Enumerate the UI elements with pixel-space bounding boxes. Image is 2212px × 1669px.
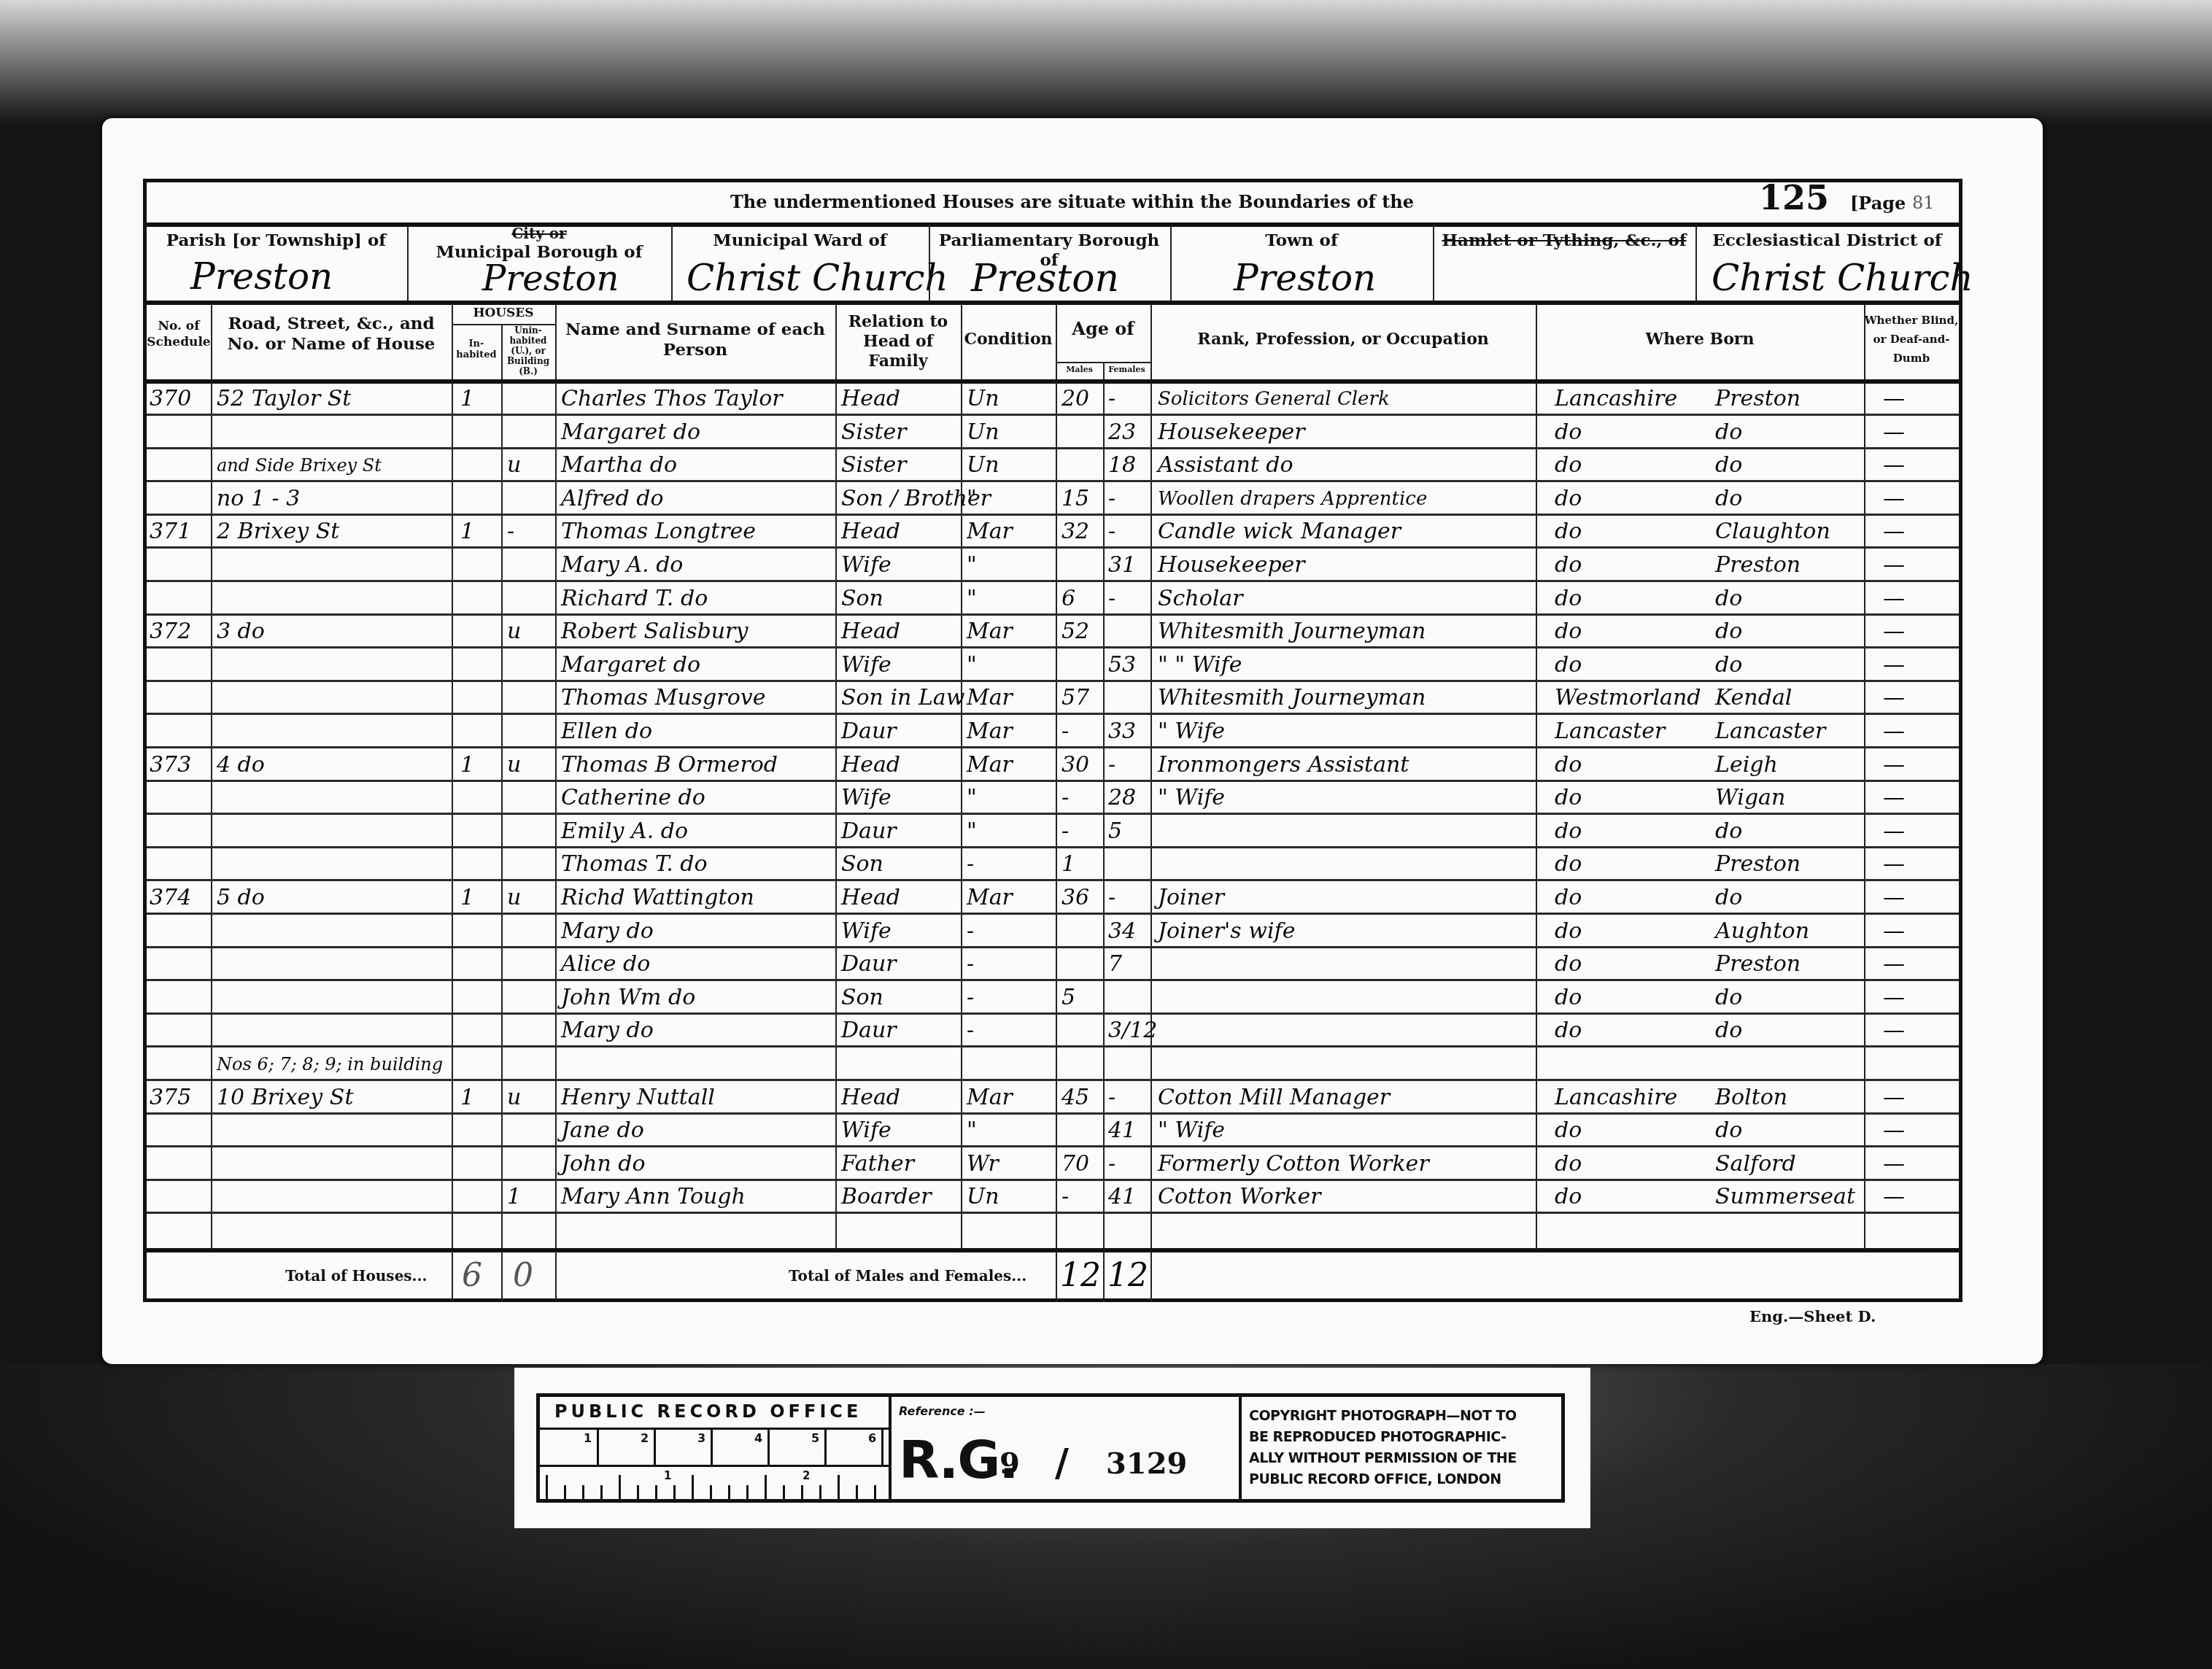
age-male: - bbox=[1061, 815, 1102, 848]
blind-deaf-dumb: — bbox=[1883, 1114, 1949, 1147]
census-row: Thomas MusgroveSon in LawMar57Whitesmith… bbox=[147, 681, 1959, 715]
blind-deaf-dumb: — bbox=[1883, 615, 1949, 648]
borough-value: Preston bbox=[482, 258, 619, 299]
marital-condition: Mar bbox=[967, 681, 1053, 715]
age-female: 33 bbox=[1108, 715, 1148, 748]
occupation: Cotton Mill Manager bbox=[1158, 1081, 1534, 1115]
occupation: " " Wife bbox=[1158, 648, 1534, 682]
person-name: Alfred do bbox=[561, 482, 835, 516]
age-male: - bbox=[1061, 1180, 1102, 1214]
col-females: Females bbox=[1103, 365, 1151, 375]
person-name: Thomas T. do bbox=[561, 848, 835, 881]
age-female: - bbox=[1108, 748, 1148, 782]
road-address: 10 Brixey St bbox=[217, 1081, 450, 1115]
relation-to-head: Daur bbox=[841, 815, 958, 848]
marital-condition: - bbox=[967, 848, 1053, 881]
total-persons-label: Total of Males and Females... bbox=[789, 1267, 1026, 1285]
occupation: Assistant do bbox=[1158, 449, 1534, 482]
ecclesiastical-label: Ecclesiastical District of bbox=[1695, 231, 1959, 250]
marital-condition: - bbox=[967, 981, 1053, 1015]
total-males: 12 bbox=[1060, 1257, 1101, 1294]
census-row: no 1 - 3Alfred doSon / Brother"15-Woolle… bbox=[147, 482, 1959, 516]
age-female: 7 bbox=[1108, 948, 1148, 981]
data-grid: 37052 Taylor St1Charles Thos TaylorHeadU… bbox=[147, 382, 1959, 1248]
census-row: 3734 do1uThomas B OrmerodHeadMar30-Ironm… bbox=[147, 748, 1959, 782]
col-uninhabited: Unin-habited (U.), or Building (B.) bbox=[501, 325, 555, 376]
age-female: 3/12 bbox=[1108, 1014, 1148, 1048]
census-form: The undermentioned Houses are situate wi… bbox=[143, 179, 1962, 1302]
col-where-born: Where Born bbox=[1536, 330, 1864, 349]
marital-condition: - bbox=[967, 915, 1053, 948]
col-occupation: Rank, Profession, or Occupation bbox=[1151, 330, 1536, 349]
relation-to-head: Head bbox=[841, 515, 958, 549]
ward-value: Christ Church bbox=[687, 257, 948, 299]
blind-deaf-dumb: — bbox=[1883, 748, 1949, 782]
age-male: 57 bbox=[1061, 681, 1102, 715]
schedule-number: 375 bbox=[150, 1081, 208, 1115]
occupation: Housekeeper bbox=[1158, 549, 1534, 582]
reference-label: PUBLIC RECORD OFFICE 12345612 Reference … bbox=[514, 1368, 1590, 1528]
relation-to-head: Daur bbox=[841, 948, 958, 981]
page-label: [Page bbox=[1850, 193, 1906, 214]
census-row: Richard T. doSon"6-Scholardodo— bbox=[147, 582, 1959, 616]
birth-county: do bbox=[1555, 848, 1701, 881]
total-houses-uninhabited: 0 bbox=[513, 1257, 533, 1294]
parish-label: Parish [or Township] of bbox=[147, 231, 406, 250]
scale-label: 4 bbox=[754, 1431, 762, 1445]
birth-place: Leigh bbox=[1715, 748, 1861, 782]
hamlet-label-struck: Hamlet or Tything, &c., of bbox=[1433, 231, 1695, 250]
marital-condition: Un bbox=[967, 416, 1053, 449]
census-row: and Side Brixey StuMartha doSisterUn18As… bbox=[147, 449, 1959, 482]
col-schedule: No. of Schedule bbox=[147, 318, 211, 350]
houses-uninhabited: u bbox=[507, 1081, 551, 1115]
birth-place: Claughton bbox=[1715, 515, 1861, 549]
census-row: John doFatherWr70-Formerly Cotton Worker… bbox=[147, 1147, 1959, 1181]
schedule-number: 373 bbox=[150, 748, 208, 782]
person-name: Martha do bbox=[561, 449, 835, 482]
occupation: Joiner bbox=[1158, 881, 1534, 915]
town-label: Town of bbox=[1170, 231, 1433, 250]
scale-label: 3 bbox=[697, 1431, 705, 1445]
occupation: " Wife bbox=[1158, 1114, 1534, 1147]
census-row: Jane doWife"41" Wifedodo— bbox=[147, 1114, 1959, 1147]
col-age: Age of bbox=[1056, 320, 1151, 338]
birth-county: do bbox=[1555, 648, 1701, 682]
census-row: Margaret doSisterUn23Housekeeperdodo— bbox=[147, 416, 1959, 449]
houses-uninhabited: u bbox=[507, 881, 551, 915]
age-male: - bbox=[1061, 715, 1102, 748]
census-row: Mary A. doWife"31HousekeeperdoPreston— bbox=[147, 549, 1959, 582]
occupation: Scholar bbox=[1158, 582, 1534, 616]
relation-to-head: Wife bbox=[841, 915, 958, 948]
schedule-number: 374 bbox=[150, 881, 208, 915]
form-header: The undermentioned Houses are situate wi… bbox=[147, 182, 1959, 222]
road-address: no 1 - 3 bbox=[217, 482, 450, 516]
census-row: Mary doDaur-3/12dodo— bbox=[147, 1014, 1959, 1048]
blind-deaf-dumb: — bbox=[1883, 948, 1949, 981]
schedule-number: 372 bbox=[150, 615, 208, 648]
houses-uninhabited: 1 bbox=[507, 1180, 551, 1214]
total-females: 12 bbox=[1107, 1257, 1148, 1294]
census-row: 37510 Brixey St1uHenry NuttallHeadMar45-… bbox=[147, 1081, 1959, 1115]
blind-deaf-dumb: — bbox=[1883, 781, 1949, 815]
marital-condition: " bbox=[967, 582, 1053, 616]
parliamentary-value: Preston bbox=[971, 257, 1119, 301]
age-female: 28 bbox=[1108, 781, 1148, 815]
birth-county: do bbox=[1555, 881, 1701, 915]
age-male: 32 bbox=[1061, 515, 1102, 549]
relation-to-head: Head bbox=[841, 615, 958, 648]
census-row: 1Mary Ann ToughBoarderUn-41Cotton Worker… bbox=[147, 1180, 1959, 1214]
houses-inhabited: 1 bbox=[460, 881, 497, 915]
birth-county: do bbox=[1555, 948, 1701, 981]
age-female: - bbox=[1108, 582, 1148, 616]
occupation: Cotton Worker bbox=[1158, 1180, 1534, 1214]
houses-uninhabited: - bbox=[507, 515, 551, 549]
blind-deaf-dumb: — bbox=[1883, 382, 1949, 416]
blind-deaf-dumb: — bbox=[1883, 681, 1949, 715]
road-address: 52 Taylor St bbox=[217, 382, 450, 416]
blind-deaf-dumb: — bbox=[1883, 1180, 1949, 1214]
occupation: Housekeeper bbox=[1158, 416, 1534, 449]
marital-condition: Mar bbox=[967, 1081, 1053, 1115]
occupation: Formerly Cotton Worker bbox=[1158, 1147, 1534, 1181]
road-address: 3 do bbox=[217, 615, 450, 648]
reference-class: 9 bbox=[999, 1447, 1020, 1481]
relation-to-head: Head bbox=[841, 382, 958, 416]
birth-county: do bbox=[1555, 748, 1701, 782]
birth-place: do bbox=[1715, 648, 1861, 682]
person-name: Richd Wattington bbox=[561, 881, 835, 915]
relation-to-head: Wife bbox=[841, 549, 958, 582]
marital-condition: " bbox=[967, 482, 1053, 516]
birth-place: Salford bbox=[1715, 1147, 1861, 1181]
marital-condition: Mar bbox=[967, 615, 1053, 648]
marital-condition: Un bbox=[967, 382, 1053, 416]
birth-county: Lancaster bbox=[1555, 715, 1701, 748]
blind-deaf-dumb: — bbox=[1883, 515, 1949, 549]
person-name: Jane do bbox=[561, 1114, 835, 1147]
age-female: 23 bbox=[1108, 416, 1148, 449]
age-female: - bbox=[1108, 881, 1148, 915]
birth-place: do bbox=[1715, 482, 1861, 516]
age-female: - bbox=[1108, 515, 1148, 549]
birth-place: Preston bbox=[1715, 848, 1861, 881]
census-row: John Wm doSon-5dodo— bbox=[147, 981, 1959, 1015]
blind-deaf-dumb: — bbox=[1883, 549, 1949, 582]
occupation: Ironmongers Assistant bbox=[1158, 748, 1534, 782]
blind-deaf-dumb: — bbox=[1883, 848, 1949, 881]
col-relation: Relation to Head of Family bbox=[835, 312, 961, 371]
houses-uninhabited: u bbox=[507, 615, 551, 648]
relation-to-head: Wife bbox=[841, 648, 958, 682]
birth-place: Preston bbox=[1715, 948, 1861, 981]
birth-county: Lancashire bbox=[1555, 1081, 1701, 1115]
birth-place: do bbox=[1715, 416, 1861, 449]
census-row: 37052 Taylor St1Charles Thos TaylorHeadU… bbox=[147, 382, 1959, 416]
occupation: Joiner's wife bbox=[1158, 915, 1534, 948]
birth-place: Bolton bbox=[1715, 1081, 1861, 1115]
col-males: Males bbox=[1056, 365, 1103, 375]
blind-deaf-dumb: — bbox=[1883, 1147, 1949, 1181]
person-name: John do bbox=[561, 1147, 835, 1181]
blind-deaf-dumb: — bbox=[1883, 915, 1949, 948]
person-name: Margaret do bbox=[561, 416, 835, 449]
birth-place: do bbox=[1715, 615, 1861, 648]
census-row: Catherine doWife"-28" WifedoWigan— bbox=[147, 781, 1959, 815]
relation-to-head: Boarder bbox=[841, 1180, 958, 1214]
houses-inhabited: 1 bbox=[460, 1081, 497, 1115]
scale-inch-label: 2 bbox=[803, 1469, 810, 1482]
road-address: 4 do bbox=[217, 748, 450, 782]
birth-place: Lancaster bbox=[1715, 715, 1861, 748]
column-header-row: No. of Schedule Road, Street, &c., and N… bbox=[147, 303, 1959, 381]
header-intro: The undermentioned Houses are situate wi… bbox=[730, 191, 1414, 212]
blind-deaf-dumb: — bbox=[1883, 648, 1949, 682]
pro-office-title: PUBLIC RECORD OFFICE bbox=[554, 1401, 862, 1422]
marital-condition: Un bbox=[967, 449, 1053, 482]
birth-place: do bbox=[1715, 981, 1861, 1015]
col-inhabited: In-habited bbox=[452, 338, 501, 360]
birth-place: do bbox=[1715, 1114, 1861, 1147]
reference-piece: 3129 bbox=[1106, 1447, 1187, 1481]
person-name: Alice do bbox=[561, 948, 835, 981]
relation-to-head: Son bbox=[841, 848, 958, 881]
person-name: Henry Nuttall bbox=[561, 1081, 835, 1115]
person-name: Thomas Longtree bbox=[561, 515, 835, 549]
census-row: Ellen doDaurMar-33" WifeLancasterLancast… bbox=[147, 715, 1959, 748]
relation-to-head: Sister bbox=[841, 449, 958, 482]
birth-place: do bbox=[1715, 815, 1861, 848]
birth-county: do bbox=[1555, 449, 1701, 482]
person-name: Mary A. do bbox=[561, 549, 835, 582]
blind-deaf-dumb: — bbox=[1883, 881, 1949, 915]
marital-condition: " bbox=[967, 781, 1053, 815]
age-female: - bbox=[1108, 382, 1148, 416]
blind-deaf-dumb: — bbox=[1883, 416, 1949, 449]
birth-place: Preston bbox=[1715, 382, 1861, 416]
relation-to-head: Wife bbox=[841, 781, 958, 815]
age-female: 31 bbox=[1108, 549, 1148, 582]
age-female: 41 bbox=[1108, 1114, 1148, 1147]
age-male: 36 bbox=[1061, 881, 1102, 915]
age-female: 53 bbox=[1108, 648, 1148, 682]
birth-county: do bbox=[1555, 1180, 1701, 1214]
birth-county: do bbox=[1555, 515, 1701, 549]
person-name: Charles Thos Taylor bbox=[561, 382, 835, 416]
marital-condition: Un bbox=[967, 1180, 1053, 1214]
copyright-notice: COPYRIGHT PHOTOGRAPH—NOT TO BE REPRODUCE… bbox=[1249, 1406, 1517, 1490]
road-address: Nos 6; 7; 8; 9; in building bbox=[217, 1048, 450, 1081]
road-address: and Side Brixey St bbox=[217, 449, 450, 482]
census-row: 3723 douRobert SalisburyHeadMar52Whitesm… bbox=[147, 615, 1959, 648]
col-name: Name and Surname of each Person bbox=[555, 320, 835, 360]
age-male: 52 bbox=[1061, 615, 1102, 648]
birth-place: do bbox=[1715, 449, 1861, 482]
marital-condition: Mar bbox=[967, 748, 1053, 782]
relation-to-head: Son / Brother bbox=[841, 482, 958, 516]
birth-county: do bbox=[1555, 1114, 1701, 1147]
relation-to-head: Daur bbox=[841, 715, 958, 748]
marital-condition: Mar bbox=[967, 881, 1053, 915]
relation-to-head: Father bbox=[841, 1147, 958, 1181]
birth-county: do bbox=[1555, 416, 1701, 449]
occupation: Woollen drapers Apprentice bbox=[1158, 482, 1534, 516]
jurisdiction-row: Parish [or Township] of Preston City or … bbox=[147, 225, 1959, 301]
blind-deaf-dumb: — bbox=[1883, 815, 1949, 848]
birth-place: do bbox=[1715, 582, 1861, 616]
houses-inhabited: 1 bbox=[460, 515, 497, 549]
person-name: Ellen do bbox=[561, 715, 835, 748]
age-male: 70 bbox=[1061, 1147, 1102, 1181]
census-row: Thomas T. doSon-1doPreston— bbox=[147, 848, 1959, 881]
marital-condition: - bbox=[967, 1014, 1053, 1048]
measure-scale: 12345612 bbox=[540, 1428, 889, 1501]
occupation: Whitesmith Journeyman bbox=[1158, 615, 1534, 648]
birth-county: do bbox=[1555, 981, 1701, 1015]
birth-place: Preston bbox=[1715, 549, 1861, 582]
age-female: 18 bbox=[1108, 449, 1148, 482]
birth-county: do bbox=[1555, 582, 1701, 616]
marital-condition: - bbox=[967, 948, 1053, 981]
birth-county: do bbox=[1555, 815, 1701, 848]
person-name: Mary Ann Tough bbox=[561, 1180, 835, 1214]
relation-to-head: Head bbox=[841, 881, 958, 915]
page-number: 81 bbox=[1912, 193, 1935, 213]
scale-label: 6 bbox=[868, 1431, 876, 1445]
person-name: Mary do bbox=[561, 1014, 835, 1048]
age-female: 34 bbox=[1108, 915, 1148, 948]
birth-place: Kendal bbox=[1715, 681, 1861, 715]
folio-number: 125 bbox=[1759, 178, 1829, 217]
age-female: - bbox=[1108, 1081, 1148, 1115]
scale-label: 2 bbox=[641, 1431, 649, 1445]
census-row: Emily A. doDaur"-5dodo— bbox=[147, 815, 1959, 848]
birth-place: Wigan bbox=[1715, 781, 1861, 815]
col-blind-deaf: Whether Blind, or Deaf-and-Dumb bbox=[1864, 311, 1959, 368]
birth-place: Aughton bbox=[1715, 915, 1861, 948]
occupation: " Wife bbox=[1158, 781, 1534, 815]
person-name: Catherine do bbox=[561, 781, 835, 815]
person-name: Thomas Musgrove bbox=[561, 681, 835, 715]
relation-to-head: Head bbox=[841, 1081, 958, 1115]
col-condition: Condition bbox=[961, 330, 1056, 349]
schedule-number: 370 bbox=[150, 382, 208, 416]
age-male: 5 bbox=[1061, 981, 1102, 1015]
census-row: Alice doDaur-7doPreston— bbox=[147, 948, 1959, 981]
census-row: 3745 do1uRichd WattingtonHeadMar36-Joine… bbox=[147, 881, 1959, 915]
person-name: Mary do bbox=[561, 915, 835, 948]
col-houses: HOUSES bbox=[452, 303, 555, 322]
marital-condition: Wr bbox=[967, 1147, 1053, 1181]
age-male: 30 bbox=[1061, 748, 1102, 782]
marital-condition: " bbox=[967, 549, 1053, 582]
sheet-note: Eng.—Sheet D. bbox=[1749, 1307, 1876, 1325]
marital-condition: Mar bbox=[967, 715, 1053, 748]
road-address: 5 do bbox=[217, 881, 450, 915]
relation-to-head: Son bbox=[841, 981, 958, 1015]
relation-to-head: Wife bbox=[841, 1114, 958, 1147]
blind-deaf-dumb: — bbox=[1883, 1014, 1949, 1048]
reference-caption: Reference :— bbox=[899, 1404, 986, 1418]
houses-uninhabited: u bbox=[507, 748, 551, 782]
col-road: Road, Street, &c., and No. or Name of Ho… bbox=[211, 314, 452, 355]
person-name: Robert Salisbury bbox=[561, 615, 835, 648]
birth-place: do bbox=[1715, 881, 1861, 915]
marital-condition: " bbox=[967, 1114, 1053, 1147]
birth-place: do bbox=[1715, 1014, 1861, 1048]
age-female: - bbox=[1108, 1147, 1148, 1181]
birth-county: do bbox=[1555, 549, 1701, 582]
blind-deaf-dumb: — bbox=[1883, 715, 1949, 748]
birth-county: Lancashire bbox=[1555, 382, 1701, 416]
blind-deaf-dumb: — bbox=[1883, 449, 1949, 482]
census-row: Mary doWife-34Joiner's wifedoAughton— bbox=[147, 915, 1959, 948]
age-female: 41 bbox=[1108, 1180, 1148, 1214]
relation-to-head: Head bbox=[841, 748, 958, 782]
birth-county: do bbox=[1555, 1014, 1701, 1048]
occupation: Candle wick Manager bbox=[1158, 515, 1534, 549]
birth-county: do bbox=[1555, 615, 1701, 648]
houses-inhabited: 1 bbox=[460, 748, 497, 782]
scale-inch-label: 1 bbox=[664, 1469, 671, 1482]
relation-to-head: Son in Law bbox=[841, 681, 958, 715]
age-female: - bbox=[1108, 482, 1148, 516]
marital-condition: Mar bbox=[967, 515, 1053, 549]
birth-place: Summerseat bbox=[1715, 1180, 1861, 1214]
town-value: Preston bbox=[1234, 257, 1376, 299]
age-male: - bbox=[1061, 781, 1102, 815]
age-male: 45 bbox=[1061, 1081, 1102, 1115]
road-address: 2 Brixey St bbox=[217, 515, 450, 549]
person-name: Thomas B Ormerod bbox=[561, 748, 835, 782]
census-row: Nos 6; 7; 8; 9; in building bbox=[147, 1048, 1959, 1081]
houses-inhabited: 1 bbox=[460, 382, 497, 416]
person-name: Margaret do bbox=[561, 648, 835, 682]
age-female: 5 bbox=[1108, 815, 1148, 848]
age-male: 6 bbox=[1061, 582, 1102, 616]
age-male: 20 bbox=[1061, 382, 1102, 416]
relation-to-head: Daur bbox=[841, 1014, 958, 1048]
scale-label: 1 bbox=[584, 1431, 592, 1445]
occupation: Solicitors General Clerk bbox=[1158, 382, 1534, 416]
person-name: Emily A. do bbox=[561, 815, 835, 848]
relation-to-head: Sister bbox=[841, 416, 958, 449]
total-houses-inhabited: 6 bbox=[462, 1257, 482, 1294]
age-male: 15 bbox=[1061, 482, 1102, 516]
reference-separator: / bbox=[1055, 1441, 1069, 1485]
age-male: 1 bbox=[1061, 848, 1102, 881]
marital-condition: " bbox=[967, 815, 1053, 848]
birth-county: Westmorland bbox=[1555, 681, 1701, 715]
parish-value: Preston bbox=[190, 255, 333, 298]
person-name: Richard T. do bbox=[561, 582, 835, 616]
occupation: Whitesmith Journeyman bbox=[1158, 681, 1534, 715]
ward-label: Municipal Ward of bbox=[671, 231, 929, 250]
blind-deaf-dumb: — bbox=[1883, 582, 1949, 616]
relation-to-head: Son bbox=[841, 582, 958, 616]
total-houses-label: Total of Houses... bbox=[285, 1267, 428, 1285]
birth-county: do bbox=[1555, 915, 1701, 948]
blind-deaf-dumb: — bbox=[1883, 1081, 1949, 1115]
census-row: 3712 Brixey St1-Thomas LongtreeHeadMar32… bbox=[147, 515, 1959, 549]
scale-label: 5 bbox=[811, 1431, 819, 1445]
totals-row: Total of Houses... 6 0 Total of Males an… bbox=[147, 1251, 1959, 1302]
schedule-number: 371 bbox=[150, 515, 208, 549]
blind-deaf-dumb: — bbox=[1883, 981, 1949, 1015]
microfilm-background-top bbox=[0, 0, 2212, 124]
